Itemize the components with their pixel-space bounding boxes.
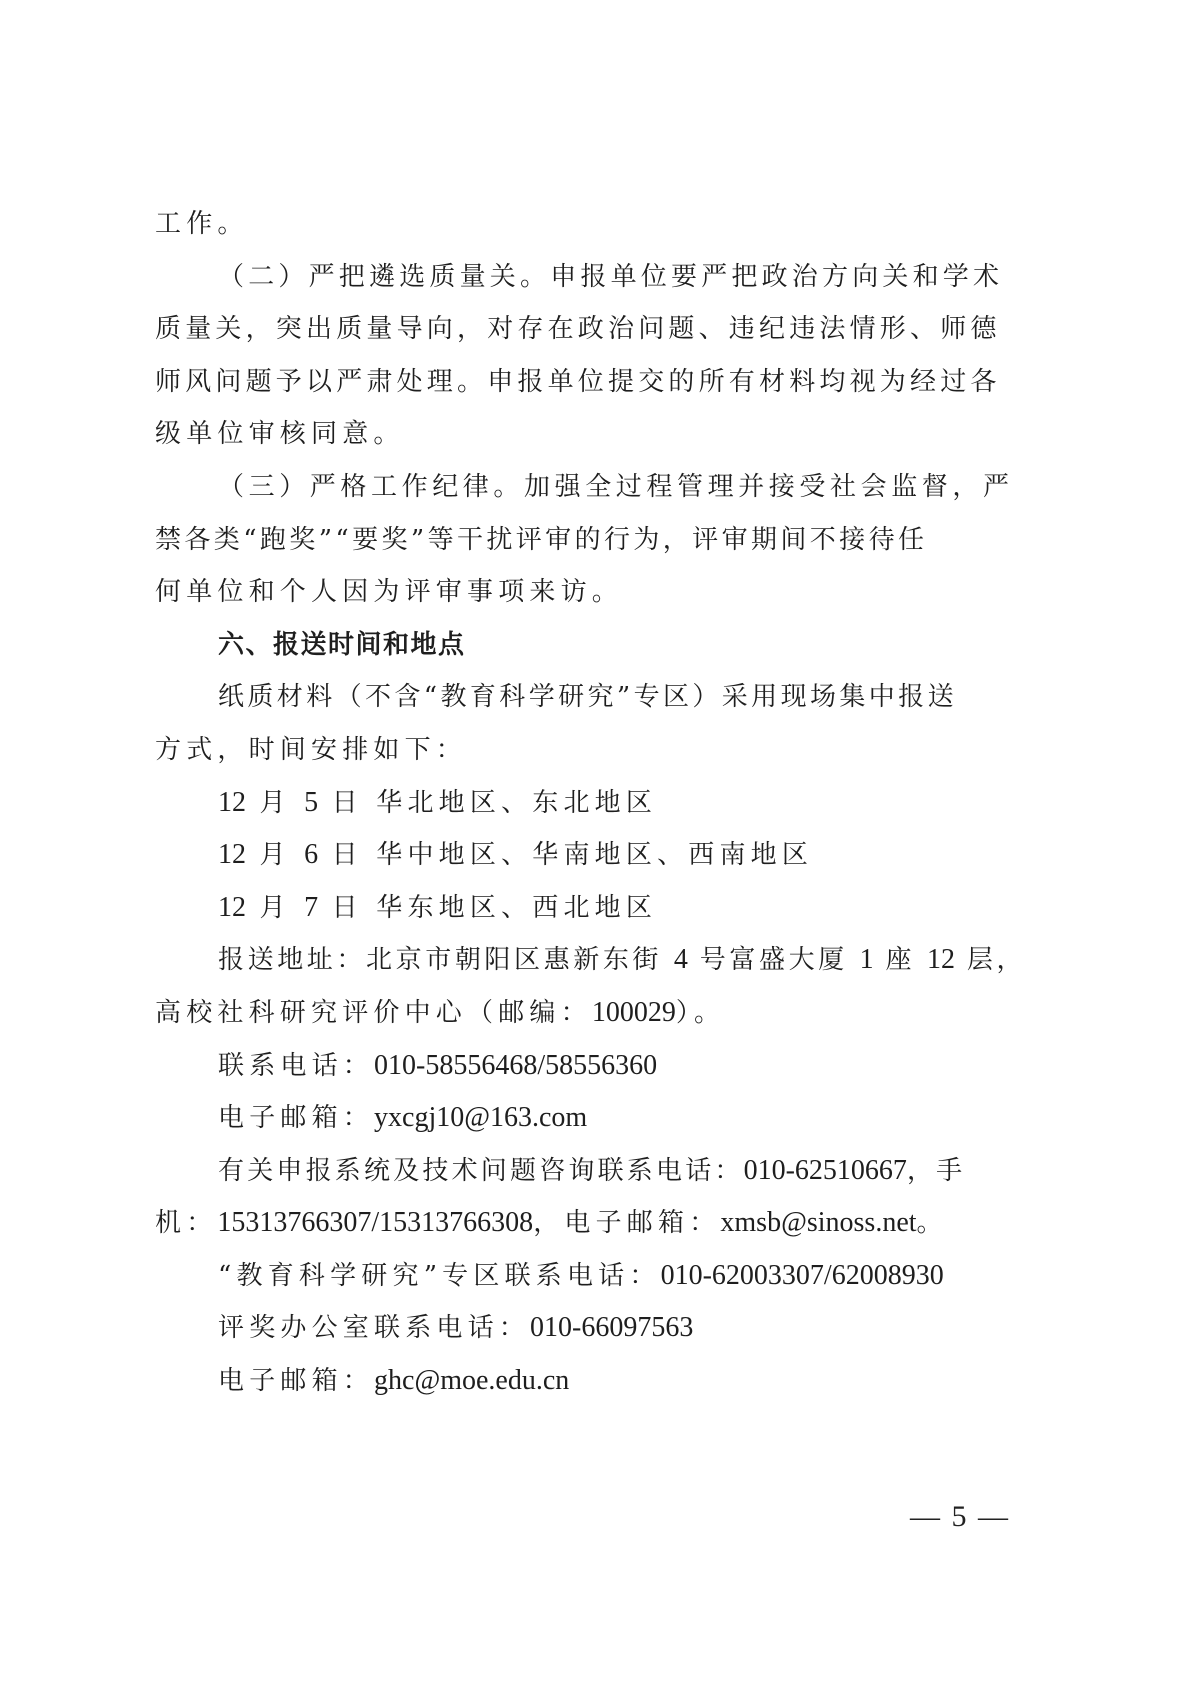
paragraph-work-discipline: （三）严格工作纪律。加强全过程管理并接受社会监督，严 禁各类“跑奖”“要奖”等干… bbox=[155, 461, 1037, 619]
text-line: 高校社科研究评价中心（邮编：100029）。 bbox=[155, 987, 1037, 1040]
contact-phone: 联系电话：010-58556468/58556360 bbox=[155, 1040, 1037, 1093]
paragraph-continuation: 工作。 bbox=[155, 198, 1037, 251]
phone-number: 010-62510667 bbox=[744, 1155, 907, 1186]
page-number: — 5 — bbox=[905, 1500, 1015, 1534]
schedule-item: 12 月 6 日 华中地区、华南地区、西南地区 bbox=[155, 829, 1037, 882]
schedule-regions: 华中地区、华南地区、西南地区 bbox=[376, 840, 813, 870]
mobile-number: 15313766307/15313766308 bbox=[217, 1207, 533, 1238]
tech-support-contact: 有关申报系统及技术问题咨询联系电话：010-62510667，手 机：15313… bbox=[155, 1145, 1037, 1250]
phone-number: 010-62003307/62008930 bbox=[661, 1260, 944, 1291]
text-line: 师风问题予以严肃处理。申报单位提交的所有材料均视为经过各 bbox=[155, 356, 1037, 409]
schedule-item: 12 月 5 日 华北地区、东北地区 bbox=[155, 777, 1037, 830]
text-line: 禁各类“跑奖”“要奖”等干扰评审的行为，评审期间不接待任 bbox=[155, 514, 1037, 567]
text-line: 级单位审核同意。 bbox=[155, 408, 1037, 461]
email-address: yxcgj10@163.com bbox=[374, 1102, 587, 1133]
email-address: xmsb@sinoss.net bbox=[720, 1207, 916, 1238]
text-line: 工作。 bbox=[155, 198, 1037, 251]
phone-number: 010-66097563 bbox=[530, 1312, 693, 1343]
section-heading: 六、报送时间和地点 bbox=[155, 619, 1037, 672]
schedule-regions: 华东地区、西北地区 bbox=[376, 893, 657, 923]
text-line: 报送地址：北京市朝阳区惠新东街 4 号富盛大厦 1 座 12 层， bbox=[155, 934, 1037, 987]
postcode: 100029 bbox=[592, 997, 676, 1028]
text-line: 机：15313766307/15313766308，电子邮箱：xmsb@sino… bbox=[155, 1197, 1037, 1250]
award-office-email: 电子邮箱：ghc@moe.edu.cn bbox=[155, 1355, 1037, 1408]
text-line: 何单位和个人因为评审事项来访。 bbox=[155, 566, 1037, 619]
text-line: 纸质材料（不含“教育科学研究”专区）采用现场集中报送 bbox=[155, 671, 1037, 724]
text-line: 质量关，突出质量导向，对存在政治问题、违纪违法情形、师德 bbox=[155, 303, 1037, 356]
paragraph-quality-control: （二）严把遴选质量关。申报单位要严把政治方向关和学术 质量关，突出质量导向，对存… bbox=[155, 251, 1037, 461]
text-line: 方式，时间安排如下： bbox=[155, 724, 1037, 777]
award-office-contact: 评奖办公室联系电话：010-66097563 bbox=[155, 1302, 1037, 1355]
edu-research-contact: “教育科学研究”专区联系电话：010-62003307/62008930 bbox=[155, 1250, 1037, 1303]
contact-email: 电子邮箱：yxcgj10@163.com bbox=[155, 1092, 1037, 1145]
text-line: （三）严格工作纪律。加强全过程管理并接受社会监督，严 bbox=[155, 461, 1037, 514]
schedule-regions: 华北地区、东北地区 bbox=[376, 788, 657, 818]
text-line: 有关申报系统及技术问题咨询联系电话：010-62510667，手 bbox=[155, 1145, 1037, 1198]
document-page: 工作。 （二）严把遴选质量关。申报单位要严把政治方向关和学术 质量关，突出质量导… bbox=[0, 0, 1190, 1684]
document-body: 工作。 （二）严把遴选质量关。申报单位要严把政治方向关和学术 质量关，突出质量导… bbox=[155, 198, 1037, 1408]
submission-address: 报送地址：北京市朝阳区惠新东街 4 号富盛大厦 1 座 12 层， 高校社科研究… bbox=[155, 934, 1037, 1039]
text-line: （二）严把遴选质量关。申报单位要严把政治方向关和学术 bbox=[155, 251, 1037, 304]
phone-number: 010-58556468/58556360 bbox=[374, 1050, 657, 1081]
paragraph-submission-intro: 纸质材料（不含“教育科学研究”专区）采用现场集中报送 方式，时间安排如下： bbox=[155, 671, 1037, 776]
schedule-item: 12 月 7 日 华东地区、西北地区 bbox=[155, 882, 1037, 935]
email-address: ghc@moe.edu.cn bbox=[374, 1365, 569, 1396]
